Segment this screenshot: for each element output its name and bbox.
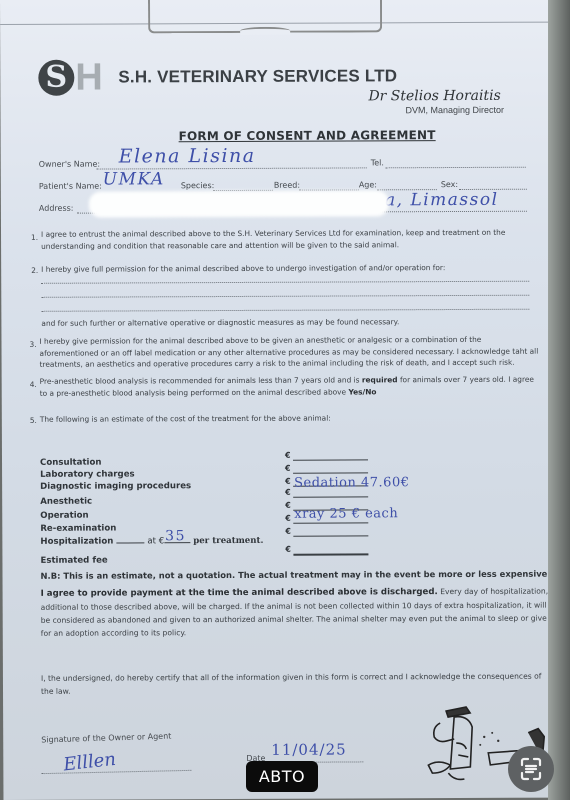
clause-5-text: The following is an estimate of the cost… xyxy=(40,412,540,426)
company-name: S.H. VETERINARY SERVICES LTD xyxy=(118,66,397,87)
cost-amount-line[interactable] xyxy=(293,459,368,460)
operation-line-2[interactable] xyxy=(41,295,529,298)
yes-no-choice[interactable]: Yes/No xyxy=(348,387,376,396)
cost-operation: Operation xyxy=(40,511,88,521)
cost-consultation: Consultation xyxy=(40,458,102,468)
cost-reexamination: Re-examination xyxy=(40,523,116,533)
patient-label: Patient's Name: xyxy=(39,182,102,191)
euro-sign: € xyxy=(285,501,291,510)
text-scan-button[interactable] xyxy=(508,746,554,792)
cost-amount-line[interactable] xyxy=(293,535,368,536)
cost-hospitalization: Hospitalization at €35 per treatment. xyxy=(40,536,263,547)
clipboard-clip xyxy=(148,0,382,33)
payment-agreement: I agree to provide payment at the time t… xyxy=(41,587,438,599)
tel-line[interactable] xyxy=(386,167,526,169)
clause-4-required: required xyxy=(362,375,398,384)
euro-sign: € xyxy=(285,477,291,486)
age-label: Age: xyxy=(359,180,377,189)
cost-amount-line[interactable] xyxy=(293,553,368,555)
form-title: FORM OF CONSENT AND AGREEMENT xyxy=(179,128,436,143)
background-edge xyxy=(548,0,570,800)
director-title: DVM, Managing Director xyxy=(405,105,504,115)
clause-3-text: I hereby give permission for the animal … xyxy=(39,334,541,371)
euro-sign: € xyxy=(285,545,291,554)
text-scan-icon xyxy=(508,746,554,792)
operation-line-3[interactable] xyxy=(41,309,529,312)
hospitalization-label: Hospitalization xyxy=(40,537,113,547)
cost-amount-line[interactable] xyxy=(293,496,368,497)
cost-amount-line[interactable] xyxy=(293,522,368,523)
cost-amount-line[interactable] xyxy=(293,472,368,473)
clause-4-part-a: Pre-anesthetic blood analysis is recomme… xyxy=(40,375,362,385)
euro-sign: € xyxy=(285,464,291,473)
clause-2-number: 2. xyxy=(31,266,38,275)
signature-label: Signature of the Owner or Agent xyxy=(41,732,171,745)
company-logo: S H xyxy=(38,60,108,100)
euro-sign: € xyxy=(285,527,291,536)
cost-anesthetic: Anesthetic xyxy=(40,497,92,507)
hospitalization-days-line[interactable] xyxy=(116,542,144,543)
handwritten-xray[interactable]: xray 25 € each xyxy=(294,506,398,521)
euro-sign: € xyxy=(285,514,291,523)
sex-label: Sex: xyxy=(441,180,458,189)
clause-4-text: Pre-anesthetic blood analysis is recomme… xyxy=(40,374,542,399)
logo-s: S xyxy=(38,60,74,96)
clause-1-number: 1. xyxy=(31,233,38,242)
clause-5-number: 5. xyxy=(30,416,37,425)
owner-value[interactable]: Elena Lisina xyxy=(119,145,256,168)
owner-label: Owner's Name: xyxy=(39,160,100,169)
redaction-blur xyxy=(89,190,389,217)
logo-h: H xyxy=(75,60,103,96)
clause-3-number: 3. xyxy=(29,340,36,349)
hospitalization-suffix: per treatment. xyxy=(193,536,263,546)
species-label: Species: xyxy=(181,181,215,190)
clause-4-number: 4. xyxy=(30,380,37,389)
hospitalization-at: at € xyxy=(147,536,164,546)
cost-imaging: Diagnostic imaging procedures xyxy=(40,481,191,492)
date-value[interactable]: 11/04/25 xyxy=(271,740,346,758)
tel-label: Tel. xyxy=(371,158,384,167)
clause-2-after: and for such further or alternative oper… xyxy=(41,316,536,330)
director-name: Dr Stelios Horaitis xyxy=(368,88,500,105)
cost-estimated-fee: Estimated fee xyxy=(40,556,107,566)
clause-1-text: I agree to entrust the animal described … xyxy=(41,227,536,252)
estimate-note: N.B: This is an estimate, not a quotatio… xyxy=(40,569,550,581)
camera-mode-chip[interactable]: АВТО xyxy=(246,761,318,792)
cost-laboratory: Laboratory charges xyxy=(40,469,135,479)
hospitalization-rate-line[interactable]: 35 xyxy=(164,542,190,543)
hospitalization-rate: 35 xyxy=(165,528,186,544)
operation-line-1[interactable] xyxy=(41,281,529,284)
clause-2-text: I hereby give full permission for the an… xyxy=(41,262,536,276)
euro-sign: € xyxy=(285,451,291,460)
handwritten-sedation[interactable]: Sedation 47.60€ xyxy=(294,475,409,491)
euro-sign: € xyxy=(285,488,291,497)
patient-value[interactable]: UMKA xyxy=(103,169,165,189)
payment-terms: I agree to provide payment at the time t… xyxy=(41,585,551,640)
address-value[interactable]: ya, Limassol xyxy=(374,190,499,211)
address-label: Address: xyxy=(39,204,74,213)
breed-label: Breed: xyxy=(274,181,300,190)
consent-form-paper: S H S.H. VETERINARY SERVICES LTD Dr Stel… xyxy=(0,0,553,800)
